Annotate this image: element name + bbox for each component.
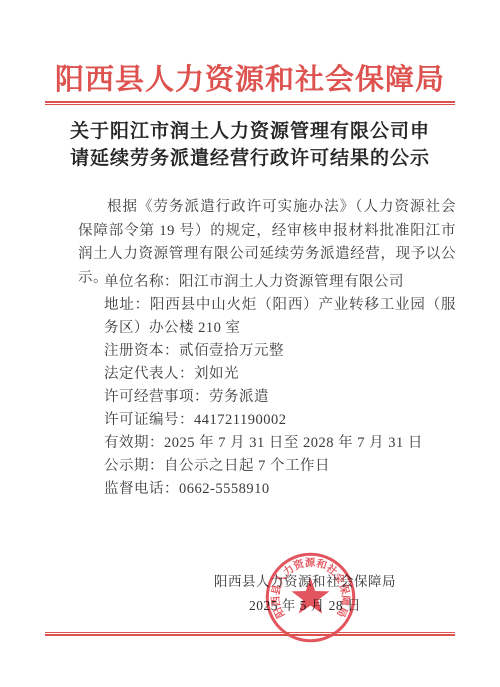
field-row: 地址：阳西县中山火炬（阳西）产业转移工业园（服务区）办公楼 210 室 <box>104 294 456 340</box>
field-row: 公示期：自公示之日起 7 个工作日 <box>104 455 456 478</box>
field-row: 许可经营事项：劳务派遣 <box>104 386 456 409</box>
field-row: 监督电话：0662-5558910 <box>104 478 456 501</box>
letterhead-divider <box>45 101 455 105</box>
letterhead-org-name: 阳西县人力资源和社会保障局 <box>0 57 500 98</box>
field-label: 公示期： <box>104 458 164 474</box>
field-value: 贰佰壹拾万元整 <box>179 343 284 359</box>
field-value: 阳西县中山火炬（阳西）产业转移工业园（服务区）办公楼 210 室 <box>104 297 456 336</box>
field-row: 许可证编号：441721190002 <box>104 409 456 432</box>
field-row: 法定代表人：刘如光 <box>104 363 456 386</box>
field-label: 许可经营事项： <box>104 389 209 405</box>
field-value: 劳务派遣 <box>209 389 269 405</box>
signature-block: 阳西县人力资源和社会保障局 2025 年 5 月 28 日 <box>200 570 410 617</box>
field-value: 自公示之日起 7 个工作日 <box>164 458 330 474</box>
document-page: 阳西县人力资源和社会保障局 关于阳江市润土人力资源管理有限公司申 请延续劳务派遣… <box>0 0 500 687</box>
field-label: 监督电话： <box>104 481 179 497</box>
field-label: 注册资本： <box>104 343 179 359</box>
field-label: 法定代表人： <box>104 366 194 382</box>
document-title-line1: 关于阳江市润土人力资源管理有限公司申 <box>0 119 500 146</box>
signature-org-name: 阳西县人力资源和社会保障局 <box>200 570 410 594</box>
license-detail-fields: 单位名称：阳江市润土人力资源管理有限公司 地址：阳西县中山火炬（阳西）产业转移工… <box>104 271 456 501</box>
document-title: 关于阳江市润土人力资源管理有限公司申 请延续劳务派遣经营行政许可结果的公示 <box>0 119 500 172</box>
field-row: 注册资本：贰佰壹拾万元整 <box>104 340 456 363</box>
signature-date: 2025 年 5 月 28 日 <box>200 594 410 618</box>
field-label: 单位名称： <box>104 274 179 290</box>
field-label: 许可证编号： <box>104 412 194 428</box>
field-label: 有效期： <box>104 435 164 451</box>
field-value: 刘如光 <box>194 366 239 382</box>
field-value: 0662-5558910 <box>179 481 270 497</box>
field-value: 阳江市润土人力资源管理有限公司 <box>179 274 404 290</box>
footer-divider <box>45 632 455 636</box>
field-value: 441721190002 <box>194 412 286 428</box>
document-title-line2: 请延续劳务派遣经营行政许可结果的公示 <box>0 146 500 173</box>
field-row: 单位名称：阳江市润土人力资源管理有限公司 <box>104 271 456 294</box>
field-value: 2025 年 7 月 31 日至 2028 年 7 月 31 日 <box>164 435 423 451</box>
field-label: 地址： <box>104 297 150 313</box>
field-row: 有效期：2025 年 7 月 31 日至 2028 年 7 月 31 日 <box>104 432 456 455</box>
